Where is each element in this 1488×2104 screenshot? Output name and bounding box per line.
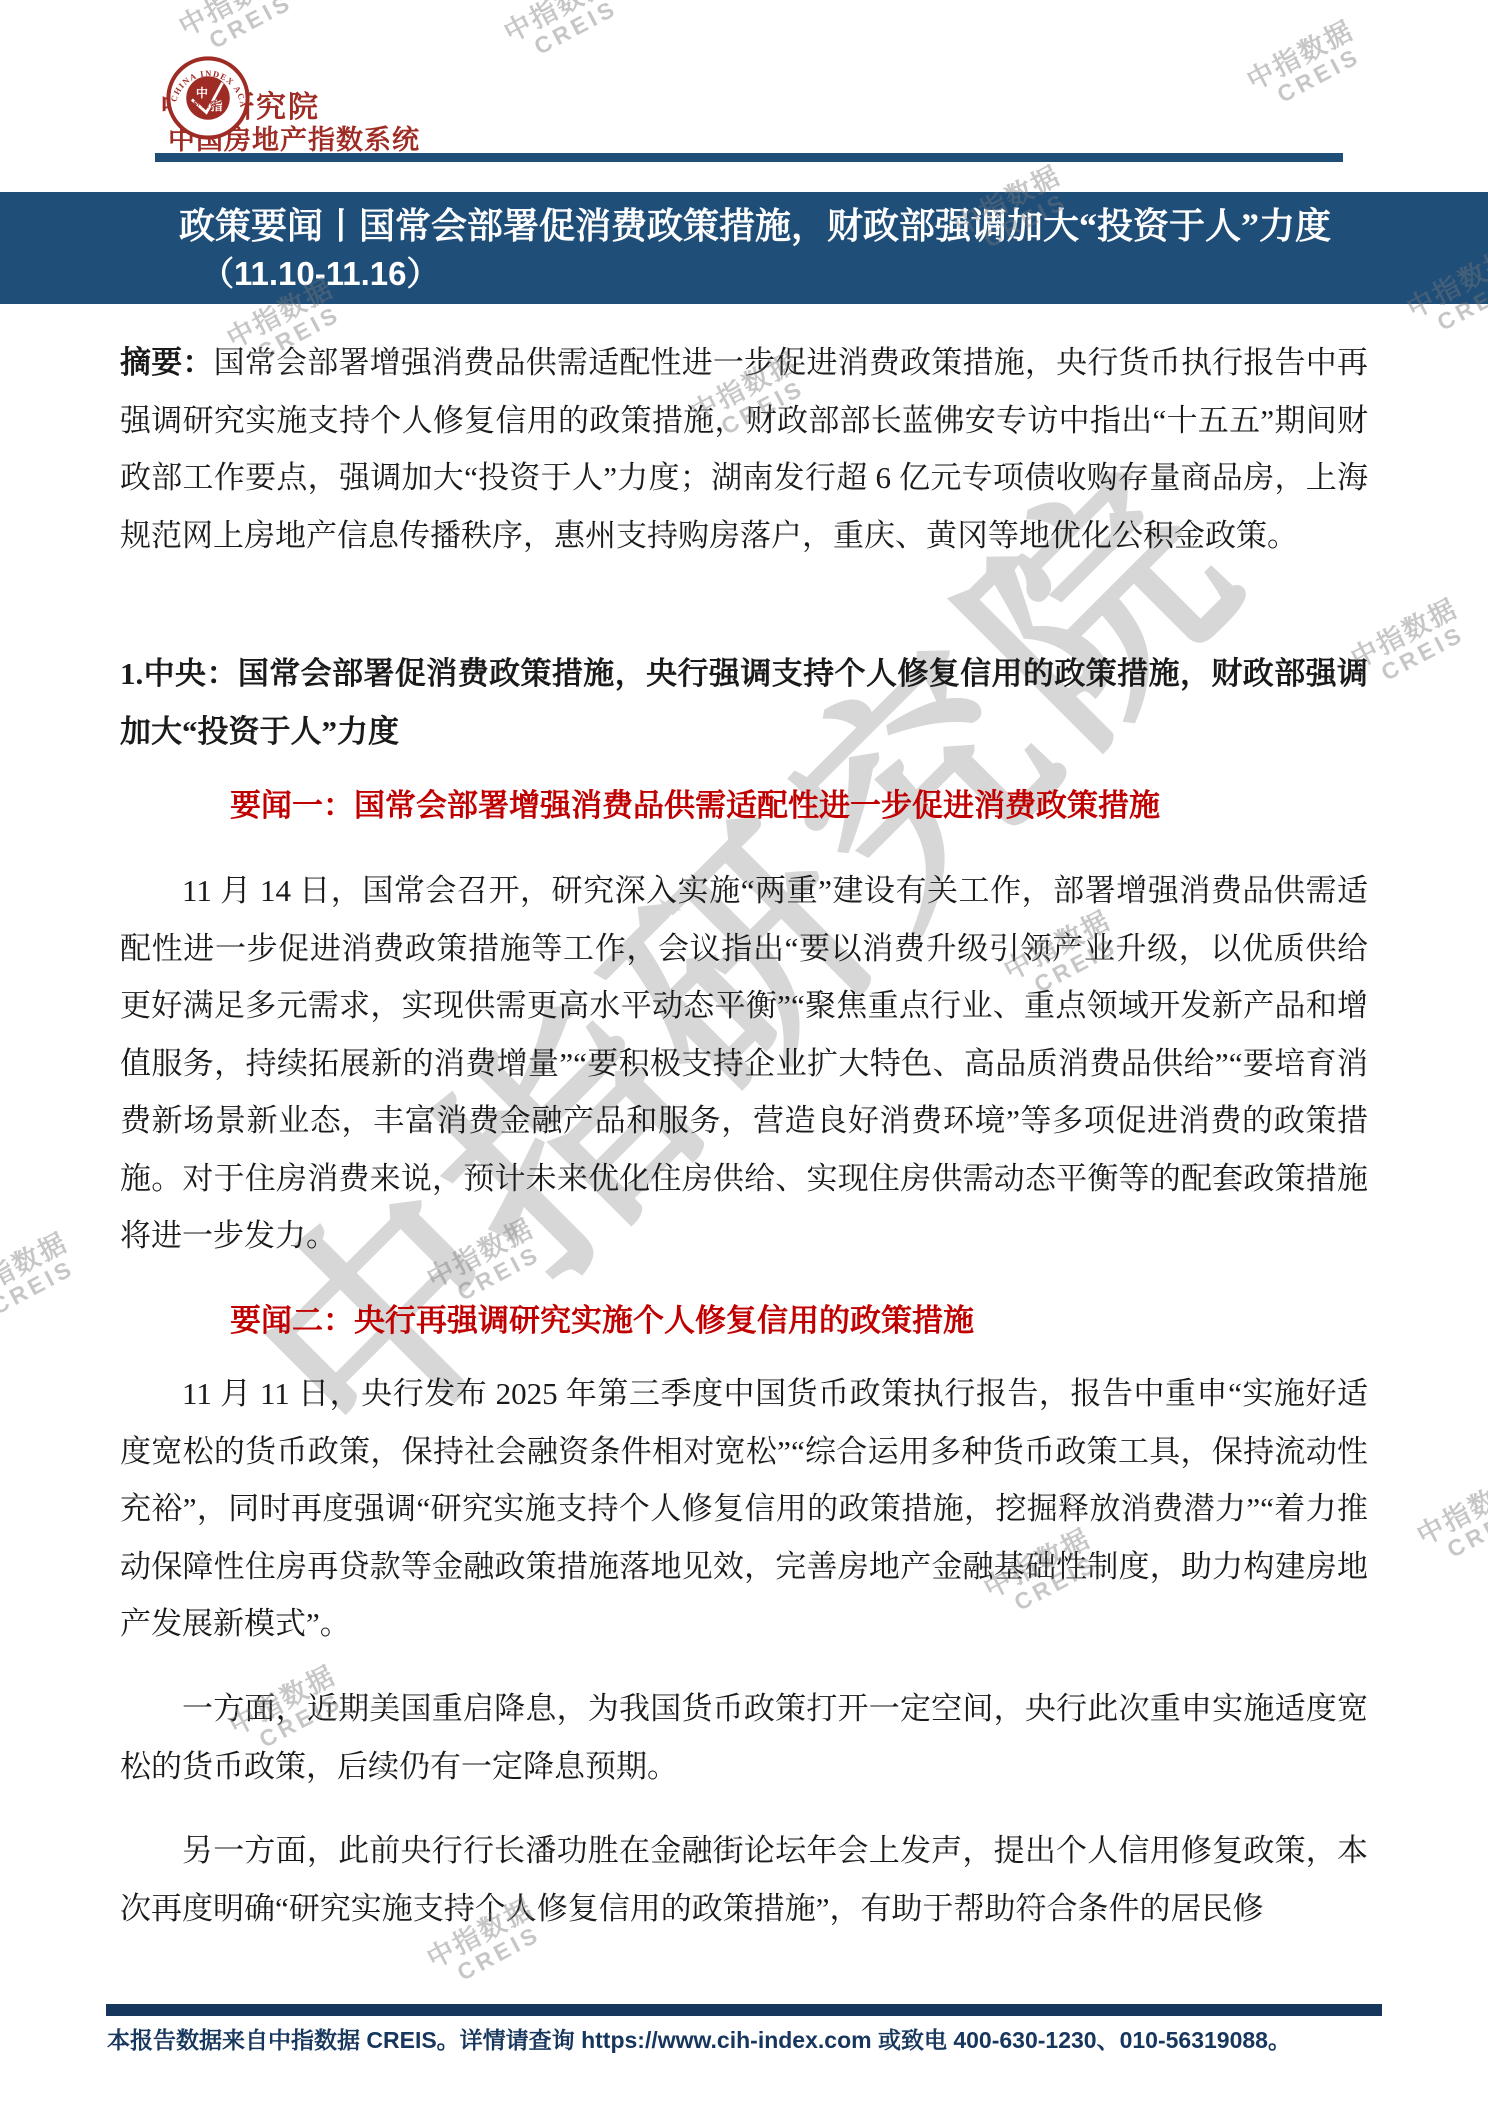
report-title-line1: 政策要闻丨国常会部署促消费政策措施，财政部强调加大“投资于人”力度 bbox=[0, 192, 1488, 251]
creis-watermark: 中指数据CREIS bbox=[0, 1228, 84, 1329]
news-1-heading: 要闻一：国常会部署增强消费品供需适配性进一步促进消费政策措施 bbox=[120, 777, 1478, 835]
footer-contact-text: 本报告数据来自中指数据 CREIS。详情请查询 https://www.cih-… bbox=[107, 2022, 1447, 2055]
section-1-heading: 1.中央：国常会部署促消费政策措施，央行强调支持个人修复信用的政策措施，财政部强… bbox=[120, 645, 1368, 760]
abstract-paragraph: 摘要：国常会部署增强消费品供需适配性进一步促进消费政策措施，央行货币执行报告中再… bbox=[120, 334, 1368, 564]
news-2-heading: 要闻二：央行再强调研究实施个人修复信用的政策措施 bbox=[120, 1292, 1478, 1350]
page-header: 中指研究院 中国房地产指数系统 CHINA INDEX ACADEMY 中 指 … bbox=[0, 0, 1488, 192]
news-2-paragraph-2: 一方面，近期美国重启降息，为我国货币政策打开一定空间，央行此次重申实施适度宽松的… bbox=[120, 1680, 1368, 1795]
abstract-label: 摘要： bbox=[120, 345, 214, 380]
seal-char-zhong: 中 bbox=[196, 85, 208, 100]
news-2-paragraph-3: 另一方面，此前央行行长潘功胜在金融街论坛年会上发声，提出个人信用修复政策，本次再… bbox=[120, 1822, 1368, 1937]
news-1-paragraph: 11 月 14 日，国常会召开，研究深入实施“两重”建设有关工作，部署增强消费品… bbox=[120, 862, 1368, 1265]
abstract-text: 国常会部署增强消费品供需适配性进一步促进消费政策措施，央行货币执行报告中再强调研… bbox=[120, 345, 1368, 553]
news-2-paragraph-1: 11 月 11 日，央行发布 2025 年第三季度中国货币政策执行报告，报告中重… bbox=[120, 1365, 1368, 1653]
report-page: { "colors": { "brand_red": "#9e2b24", "b… bbox=[0, 0, 1488, 2104]
creis-watermark: 中指数据CREIS bbox=[1412, 1471, 1488, 1572]
footer-divider-bar bbox=[106, 2004, 1382, 2016]
org-seal-logo: CHINA INDEX ACADEMY 中 指 研 究 院 bbox=[166, 56, 250, 140]
report-title-date-range: （11.10-11.16） bbox=[0, 251, 1488, 297]
seal-icon: CHINA INDEX ACADEMY 中 指 研 究 院 bbox=[166, 56, 250, 140]
header-divider-rule bbox=[155, 153, 1343, 162]
title-banner: 政策要闻丨国常会部署促消费政策措施，财政部强调加大“投资于人”力度 （11.10… bbox=[0, 192, 1488, 304]
